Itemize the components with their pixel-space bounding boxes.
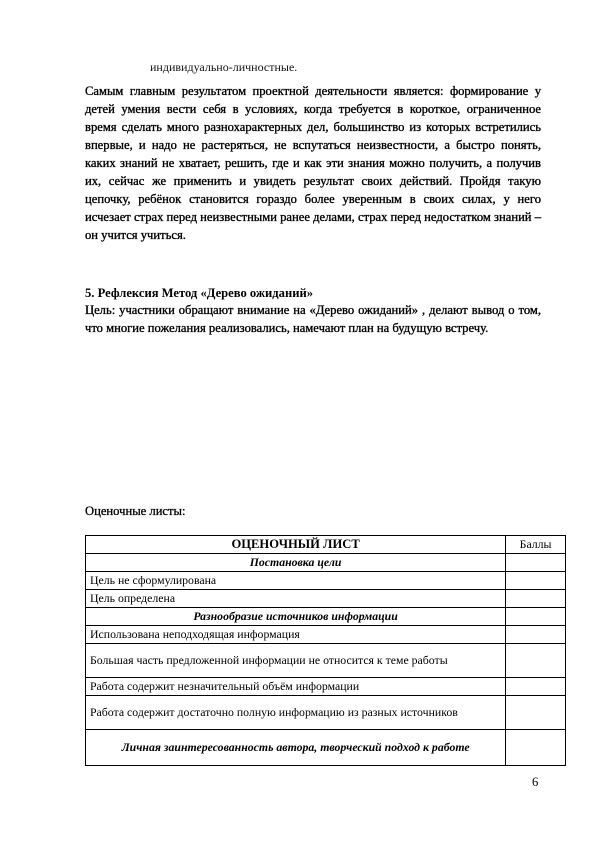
criterion-cell: Большая часть предложенной информации не…	[86, 644, 506, 678]
score-cell[interactable]	[506, 678, 566, 696]
score-cell[interactable]	[506, 608, 566, 626]
score-cell[interactable]	[506, 626, 566, 644]
intro-line: индивидуально-личностные.	[150, 60, 297, 74]
table-row: Цель не сформулирована	[86, 572, 566, 590]
score-cell[interactable]	[506, 730, 566, 766]
table-section-row: Личная заинтересованность автора, творче…	[86, 730, 566, 766]
table-row: Работа содержит достаточно полную информ…	[86, 696, 566, 730]
table-row: Работа содержит незначительный объём инф…	[86, 678, 566, 696]
criterion-cell: Цель определена	[86, 590, 506, 608]
document-page: индивидуально-личностные. Самым главным …	[0, 0, 595, 842]
section-information-sources: Разнообразие источников информации	[86, 608, 506, 626]
table-section-row: Разнообразие источников информации	[86, 608, 566, 626]
goal-paragraph: Цель: участники обращают внимание на «Де…	[85, 301, 541, 337]
section-personal-interest: Личная заинтересованность автора, творче…	[86, 730, 506, 766]
section-goal-setting: Постановка цели	[86, 554, 506, 572]
table-row: Использована неподходящая информация	[86, 626, 566, 644]
score-cell[interactable]	[506, 554, 566, 572]
criterion-cell: Цель не сформулирована	[86, 572, 506, 590]
score-cell[interactable]	[506, 590, 566, 608]
criterion-cell: Работа содержит незначительный объём инф…	[86, 678, 506, 696]
table-row: Большая часть предложенной информации не…	[86, 644, 566, 678]
table-title: ОЦЕНОЧНЫЙ ЛИСТ	[86, 536, 506, 554]
score-column-header: Баллы	[506, 536, 566, 554]
table-row: Цель определена	[86, 590, 566, 608]
table-header-row: ОЦЕНОЧНЫЙ ЛИСТ Баллы	[86, 536, 566, 554]
criterion-cell: Использована неподходящая информация	[86, 626, 506, 644]
score-cell[interactable]	[506, 644, 566, 678]
table-section-row: Постановка цели	[86, 554, 566, 572]
evaluation-sheets-label: Оценочные листы:	[85, 503, 186, 519]
page-number: 6	[532, 775, 538, 789]
score-cell[interactable]	[506, 572, 566, 590]
criterion-cell: Работа содержит достаточно полную информ…	[86, 696, 506, 730]
score-cell[interactable]	[506, 696, 566, 730]
section-heading: 5. Рефлексия Метод «Дерево ожиданий»	[85, 285, 313, 301]
result-paragraph: Самым главным результатом проектной деят…	[85, 82, 541, 244]
evaluation-table: ОЦЕНОЧНЫЙ ЛИСТ Баллы Постановка цели Цел…	[85, 535, 566, 766]
